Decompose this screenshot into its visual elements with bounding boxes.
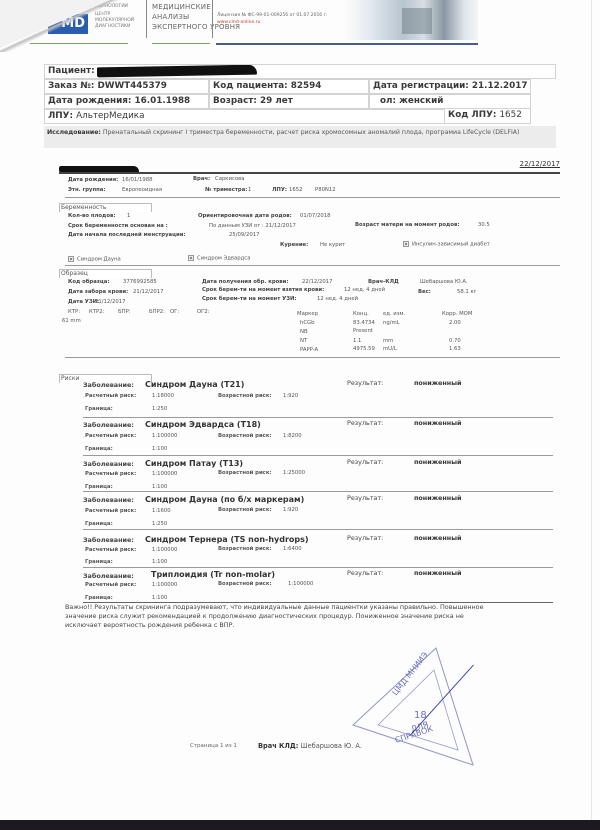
ethnic-label: Этн. группа: — [68, 187, 106, 193]
marker-conc: 4975.59 — [353, 346, 375, 352]
page-number: Страница 1 из 1 — [190, 743, 237, 749]
marker-mom: 2.00 — [449, 320, 461, 326]
divider — [65, 357, 560, 358]
result-value: пониженный — [414, 534, 461, 542]
received-value: 22/12/2017 — [302, 279, 333, 285]
marker-mom: 1.63 — [449, 346, 461, 352]
study-description: Исследование: Пренатальный скрининг I тр… — [44, 126, 556, 148]
cutoff-label: Граница: — [85, 484, 113, 490]
laboratory-photo — [342, 0, 478, 40]
registration-date: Дата регистрации: 21.12.2017 — [369, 79, 531, 94]
smoking-value: Не курит — [320, 242, 345, 248]
bpr2-label: БПР2: — [149, 309, 165, 315]
age: Возраст: 29 лет — [209, 94, 369, 109]
disease-label: Заболевание: — [83, 381, 134, 389]
received-label: Дата получения обр. крови: — [202, 279, 288, 285]
folded-corner — [0, 0, 110, 48]
bpr-label: БПР: — [118, 309, 131, 315]
doctor-value: Саркисова — [215, 176, 244, 182]
calc-risk-value: 1:100000 — [152, 547, 177, 553]
scan-bottom-border — [0, 820, 600, 830]
calc-risk-label: Расчетный риск: — [85, 508, 136, 514]
marker-unit: mU/L — [383, 346, 397, 352]
lpu-code: Код ЛПУ: 1652 — [444, 109, 531, 124]
marker-name: PAPP-A — [300, 347, 318, 353]
calc-risk-label: Расчетный риск: — [85, 471, 136, 477]
smoking-label: Курение: — [280, 242, 308, 248]
calc-risk-value: 1:18000 — [152, 393, 174, 399]
disclaimer-note: Важно!! Результаты скрининга подразумева… — [65, 603, 485, 630]
result-value: пониженный — [414, 379, 461, 387]
weight-label: Вес: — [418, 289, 431, 295]
sample-code-label: Код образца: — [68, 279, 110, 285]
mother-age-label: Возраст матери на момент родов: — [355, 222, 459, 228]
checkbox-icon — [68, 256, 74, 262]
marker-conc: 83.4734 — [353, 320, 375, 326]
drawn-value: 21/12/2017 — [133, 289, 164, 295]
birth-label: Дата рождения: — [68, 177, 118, 183]
og-label: ОГ: — [170, 309, 179, 315]
divider — [65, 197, 560, 198]
lpu-extra: P80N12 — [315, 187, 336, 193]
birth-value: 16/01/1988 — [122, 177, 153, 183]
cutoff-value: 1:100 — [152, 559, 167, 565]
mother-age-value: 30.5 — [478, 222, 490, 228]
lab-stamp: ЦМД МНИИЭ 18 ДЛЯ СПРАВОК — [348, 640, 478, 770]
disease-label: Заболевание: — [83, 536, 134, 544]
down-history-checkbox: Синдром Дауна — [68, 256, 121, 263]
disease-label: Заболевание: — [83, 496, 134, 504]
ktr2-label: КТР2: — [89, 309, 104, 315]
sex: ол: женский — [369, 94, 531, 109]
disease-name: Синдром Дауна (T21) — [145, 380, 244, 389]
order-number: Заказ №: DWWT445379 — [44, 79, 209, 94]
tab-pregnancy: Беременность — [59, 203, 152, 212]
result-value: пониженный — [414, 494, 461, 502]
kld-value: Шебаршова Ю.А. — [420, 279, 468, 285]
term-basis-value: По данным УЗИ от : 21/12/2017 — [209, 223, 296, 229]
trimester-value: 1 — [248, 187, 251, 193]
cutoff-label: Граница: — [85, 521, 113, 527]
result-label: Результат: — [347, 494, 383, 502]
report-date: 22/12/2017 — [520, 160, 560, 168]
disease-name: Синдром Тернера (TS non-hydrops) — [145, 535, 309, 544]
calc-risk-label: Расчетный риск: — [85, 582, 136, 588]
disease-name: Синдром Патау (T13) — [145, 459, 243, 468]
age-risk-value: 1:6400 — [283, 546, 302, 552]
term-draw-value: 12 нед. 4 дней — [344, 287, 385, 293]
cutoff-value: 1:100 — [152, 484, 167, 490]
result-label: Результат: — [347, 419, 383, 427]
disease-name: Синдром Дауна (по б/х маркерам) — [145, 495, 304, 504]
calc-risk-label: Расчетный риск: — [85, 547, 136, 553]
header-rule — [216, 43, 478, 45]
calc-risk-label: Расчетный риск: — [85, 393, 136, 399]
term-us-label: Срок берем-ти на момент УЗИ: — [202, 296, 297, 302]
conc-col-header: Конц. — [353, 311, 369, 317]
website-link: www.cmd-online.ru — [217, 20, 260, 25]
unit-col-header: ед. изм. — [383, 311, 405, 317]
disease-name: Триплоидия (Tr non-molar) — [151, 570, 275, 579]
calc-risk-value: 1:100000 — [152, 433, 177, 439]
cutoff-label: Граница: — [85, 595, 113, 601]
scan-edge — [591, 0, 592, 820]
disease-label: Заболевание: — [83, 421, 134, 429]
marker-unit: ng/mL — [383, 320, 400, 326]
trimester-label: № триместра: — [205, 187, 247, 193]
lmp-value: 25/09/2017 — [229, 232, 260, 238]
header-divider — [212, 0, 213, 38]
marker-mom: 0.70 — [449, 338, 461, 344]
patient-name-row: Пациент: — [44, 64, 556, 79]
header-divider — [146, 0, 147, 38]
due-date-value: 01/07/2018 — [300, 213, 331, 219]
calc-risk-value: 1:100000 — [152, 471, 177, 477]
cutoff-label: Граница: — [85, 559, 113, 565]
calc-risk-label: Расчетный риск: — [85, 433, 136, 439]
age-risk-value: 1:25000 — [283, 470, 305, 476]
marker-name: NT — [300, 338, 307, 344]
result-label: Результат: — [347, 534, 383, 542]
sample-code-value: 3776992585 — [123, 279, 157, 285]
result-value: пониженный — [414, 569, 461, 577]
marker-name: NB — [300, 329, 308, 335]
header-rule — [152, 43, 210, 44]
diabetes-checkbox: Инсулин-зависимый диабет — [403, 241, 490, 248]
ktr-label: КТР: — [68, 309, 80, 315]
doctor-label: Врач: — [193, 176, 210, 182]
fetus-count-value: 1 — [127, 213, 130, 219]
divider — [83, 567, 553, 568]
disease-name: Синдром Эдвардса (T18) — [145, 420, 261, 429]
lpu-label: ЛПУ: — [272, 187, 287, 193]
calc-risk-value: 1:1600 — [152, 508, 171, 514]
age-risk-label: Возрастной риск: — [218, 581, 272, 587]
patient-code: Код пациента: 82594 — [209, 79, 369, 94]
drawn-label: Дата забора крови: — [68, 289, 128, 295]
license-text: Лицензия № ФС-99-01-009256 от 01.07.2016… — [217, 13, 327, 18]
cutoff-value: 1:100 — [152, 446, 167, 452]
cutoff-label: Граница: — [85, 406, 113, 412]
age-risk-value: 1:8200 — [283, 433, 302, 439]
divider — [83, 529, 553, 530]
age-risk-label: Возрастной риск: — [218, 393, 272, 399]
lmp-label: Дата начала последней менструации: — [68, 232, 186, 238]
checkbox-icon — [403, 241, 409, 247]
ktr-value: 61 mm — [62, 318, 81, 324]
tab-sample: Образец — [59, 269, 152, 278]
footer-doctor: Врач КЛД: Шебаршова Ю. А. — [258, 742, 362, 750]
disease-label: Заболевание: — [83, 460, 134, 468]
due-date-label: Ориентировочная дата родов: — [198, 213, 292, 219]
weight-value: 58.1 кг — [457, 289, 476, 295]
disease-label: Заболевание: — [83, 572, 134, 580]
result-label: Результат: — [347, 569, 383, 577]
age-risk-value: 1:100000 — [288, 581, 313, 587]
result-label: Результат: — [347, 379, 383, 387]
og2-label: ОГ2: — [197, 309, 210, 315]
age-risk-label: Возрастной риск: — [218, 546, 272, 552]
edwards-history-checkbox: Синдром Эдвардса — [188, 255, 250, 262]
result-value: пониженный — [414, 419, 461, 427]
marker-conc: 1.1 — [353, 338, 361, 344]
cutoff-value: 1:250 — [152, 406, 167, 412]
us-date-value: 21/12/2017 — [95, 299, 126, 305]
kld-label: Врач-КЛД — [368, 279, 399, 285]
mom-col-header: Корр. МОМ — [442, 311, 472, 317]
age-risk-value: 1:920 — [283, 393, 298, 399]
checkbox-icon — [188, 255, 194, 261]
cutoff-value: 1:250 — [152, 521, 167, 527]
result-label: Результат: — [347, 458, 383, 466]
divider — [83, 455, 553, 456]
cutoff-label: Граница: — [85, 446, 113, 452]
cutoff-value: 1:100 — [152, 595, 167, 601]
calc-risk-value: 1:100000 — [152, 582, 177, 588]
term-us-value: 12 нед. 4 дней — [317, 296, 358, 302]
lpu-value: 1652 — [289, 187, 302, 193]
term-draw-label: Срок берем-ти на момент взятия крови: — [202, 287, 324, 293]
divider — [83, 417, 553, 418]
marker-conc: Present — [353, 328, 373, 334]
divider — [65, 265, 560, 266]
marker-unit: mm — [383, 338, 393, 344]
age-risk-label: Возрастной риск: — [218, 470, 272, 476]
scanned-report-page: MD ЕДИНОЛОГИИ ЦЕНТР МОЛЕКУЛЯРНОЙ ДИАГНОС… — [0, 0, 600, 830]
age-risk-label: Возрастной риск: — [218, 433, 272, 439]
age-risk-value: 1:920 — [283, 507, 298, 513]
stamp-top-text: ЦМД МНИИЭ — [390, 650, 430, 697]
fetus-count-label: Кол-во плодов: — [68, 213, 115, 219]
age-risk-label: Возрастной риск: — [218, 507, 272, 513]
marker-name: hCGb — [300, 320, 315, 326]
divider — [59, 172, 560, 174]
divider — [83, 491, 553, 492]
result-value: пониженный — [414, 458, 461, 466]
ethnic-value: Европеоидная — [122, 187, 162, 193]
marker-col-header: Маркер — [297, 311, 318, 317]
redacted-name — [97, 64, 257, 77]
birth-date: Дата рождения: 16.01.1988 — [44, 94, 209, 109]
term-basis-label: Срок беременности основан на : — [68, 223, 168, 229]
